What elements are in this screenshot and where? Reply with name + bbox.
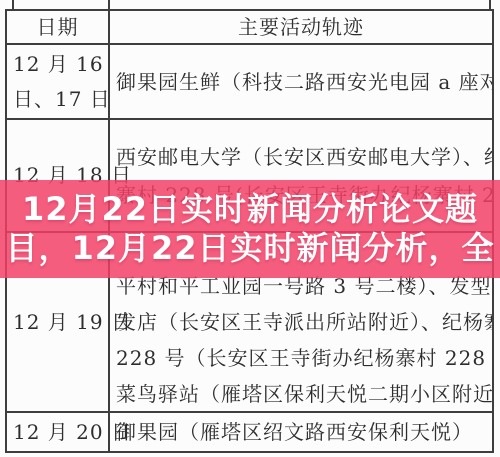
activity-text: 228 号（长安区王寺街办纪杨寨村 228 号）、 <box>116 340 492 376</box>
activity-cell: 御果园（雁塔区绍文路西安保利天悦） <box>110 413 492 451</box>
date-text: 12 月 20 日 <box>13 415 108 450</box>
banner-title-line-1: 12月22日实时新闻分析论文题 <box>22 190 478 229</box>
activity-text: 发店（长安区王寺派出所站附近）、纪杨寨村 <box>116 304 492 340</box>
activity-column-header: 主要活动轨迹 <box>238 11 364 43</box>
activity-text: 御果园（雁塔区绍文路西安保利天悦） <box>116 414 492 450</box>
date-column-header-cell: 日期 <box>7 11 110 43</box>
date-text: 12 月 16 <box>13 47 108 82</box>
activity-text: 御果园生鲜（科技二路西安光电园 a 座对面） <box>116 64 492 100</box>
date-text: 日、17 日 <box>13 82 108 117</box>
upper-table-border-remnant-left <box>12 0 14 9</box>
date-cell: 12 月 16日、17 日 <box>7 45 110 118</box>
upper-table-border-remnant-middle <box>108 0 110 9</box>
activity-text: 菜鸟驿站（雁塔区保利天悦二期小区附近） <box>116 376 492 411</box>
activity-column-header-cell: 主要活动轨迹 <box>110 11 492 43</box>
table-row: 12 月 16日、17 日御果园生鲜（科技二路西安光电园 a 座对面） <box>7 45 492 120</box>
screenshot-root: 日期 主要活动轨迹 12 月 16日、17 日御果园生鲜（科技二路西安光电园 a… <box>0 0 500 457</box>
date-cell: 12 月 20 日 <box>7 413 110 451</box>
news-title-overlay-banner: 12月22日实时新闻分析论文题 目，12月22日实时新闻分析，全 <box>0 180 500 278</box>
table-row: 12 月 20 日御果园（雁塔区绍文路西安保利天悦） <box>7 413 492 451</box>
table-header-row: 日期 主要活动轨迹 <box>7 11 492 45</box>
upper-table-border-remnant-right <box>489 0 491 9</box>
date-text: 12 月 19 日 <box>13 305 108 340</box>
activity-text: 西安邮电大学（长安区西安邮电大学）、纪杨 <box>116 138 492 176</box>
banner-title-line-2: 目，12月22日实时新闻分析，全 <box>5 229 494 268</box>
activity-cell: 御果园生鲜（科技二路西安光电园 a 座对面） <box>110 45 492 118</box>
date-column-header: 日期 <box>37 10 79 44</box>
